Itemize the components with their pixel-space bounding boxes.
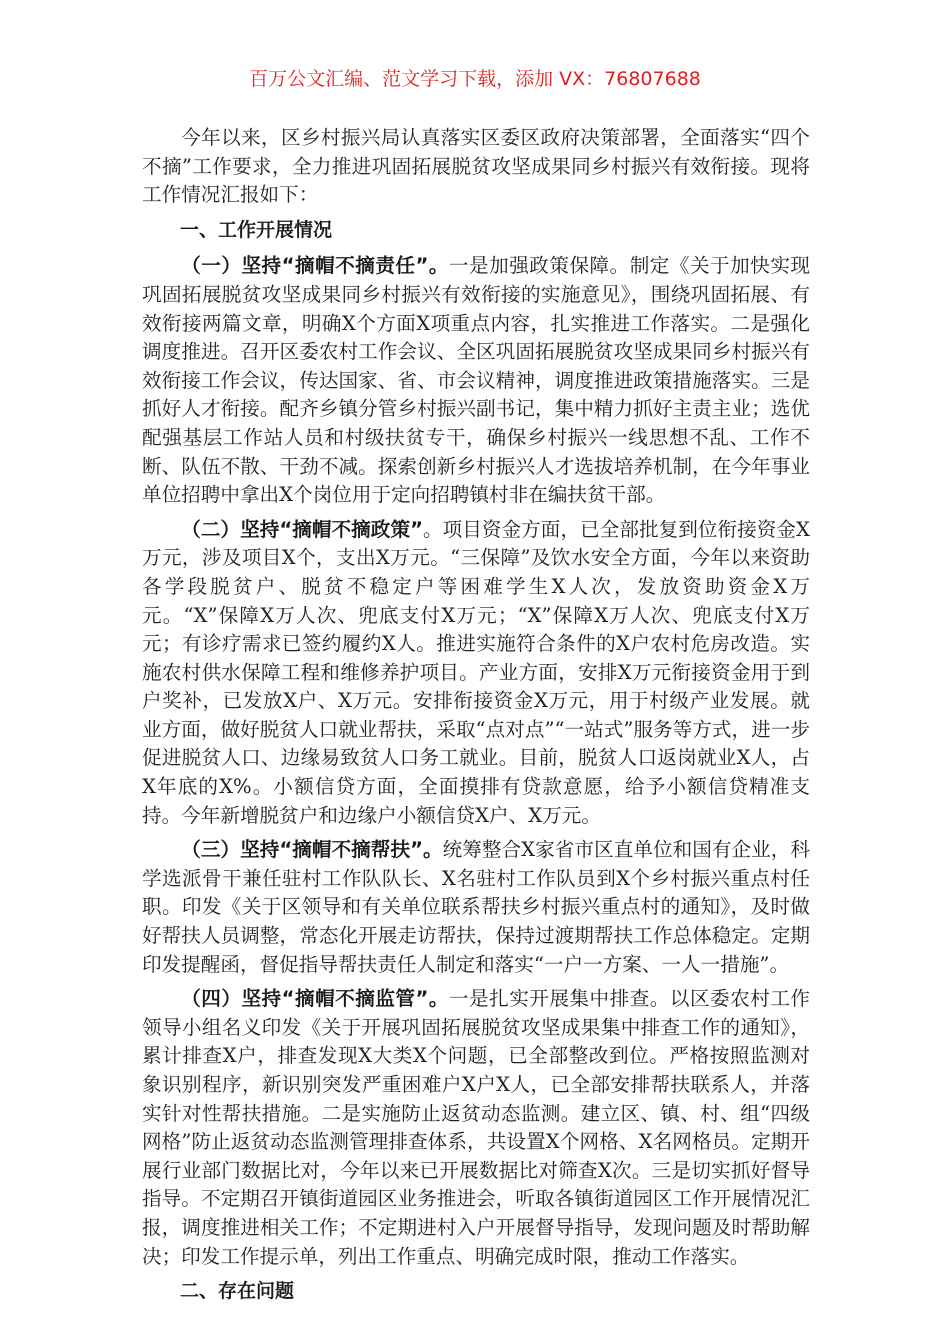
- intro-paragraph: 今年以来，区乡村振兴局认真落实区委区政府决策部署，全面落实“四个不摘”工作要求，…: [142, 124, 810, 210]
- paragraph-responsibility: （一）坚持“摘帽不摘责任”。一是加强政策保障。制定《关于加快实现巩固拓展脱贫攻坚…: [142, 252, 810, 509]
- paragraph-assistance: （三）坚持“摘帽不摘帮扶”。统筹整合X家省市区直单位和国有企业，科学选派骨干兼任…: [142, 836, 810, 979]
- paragraph-text: 一是扎实开展集中排查。以区委农村工作领导小组名义印发《关于开展巩固拓展脱贫攻坚成…: [142, 987, 810, 1267]
- promo-header: 百万公文汇编、范文学习下载，添加 VX：76807688: [0, 64, 950, 94]
- paragraph-lead: （一）坚持“摘帽不摘责任”。: [181, 254, 449, 277]
- section-heading-work-progress: 一、工作开展情况: [142, 216, 810, 245]
- paragraph-lead: （三）坚持“摘帽不摘帮扶”。: [181, 838, 442, 861]
- paragraph-text: 一是加强政策保障。制定《关于加快实现巩固拓展脱贫攻坚成果同乡村振兴有效衔接的实施…: [142, 254, 810, 506]
- document-body: 今年以来，区乡村振兴局认真落实区委区政府决策部署，全面落实“四个不摘”工作要求，…: [142, 124, 810, 1314]
- paragraph-text: 。项目资金方面，已全部批复到位衔接资金X万元，涉及项目X个，支出X万元。“三保障…: [142, 518, 810, 827]
- paragraph-policy: （二）坚持“摘帽不摘政策”。项目资金方面，已全部批复到位衔接资金X万元，涉及项目…: [142, 516, 810, 831]
- paragraph-lead: （二）坚持“摘帽不摘政策”: [181, 518, 423, 541]
- paragraph-lead: （四）坚持“摘帽不摘监管”。: [181, 987, 449, 1010]
- section-heading-existing-problems: 二、存在问题: [142, 1277, 810, 1306]
- paragraph-supervision: （四）坚持“摘帽不摘监管”。一是扎实开展集中排查。以区委农村工作领导小组名义印发…: [142, 985, 810, 1271]
